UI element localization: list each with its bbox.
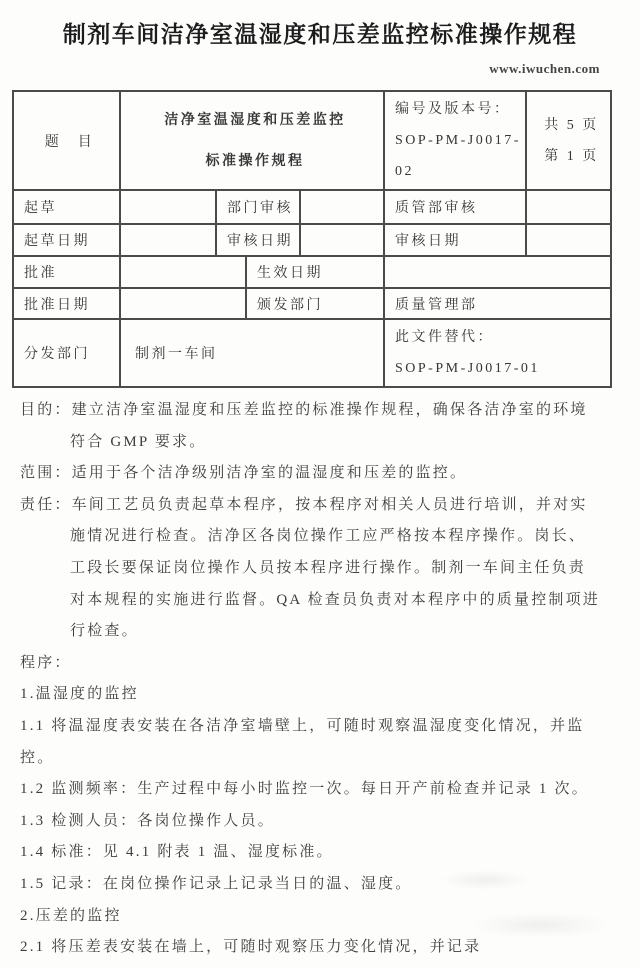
body-line-1-1: 1.1 将温湿度表安装在各洁净室墙壁上，可随时观察温湿度变化情况，并监 <box>20 711 640 743</box>
qc-review-value-cell <box>526 190 611 224</box>
body-line-procedure: 程序： <box>20 648 640 680</box>
body-line-2-1: 2.1 将压差表安装在墙上，可随时观察压力变化情况，并记录 <box>20 932 640 964</box>
distribution-label-cell: 分发部门 <box>13 319 120 387</box>
approver-label-cell: 批准 <box>13 256 120 288</box>
qc-review-date-value-cell <box>526 224 611 256</box>
doc-title-line2: 标准操作规程 <box>131 141 379 182</box>
page-title: 制剂车间洁净室温湿度和压差监控标准操作规程 <box>0 0 640 49</box>
body-line-1-3: 1.3 检测人员：各岗位操作人员。 <box>20 806 640 838</box>
doc-number-value: SOP-PM-J0017-02 <box>395 125 521 187</box>
draft-date-label-cell: 起草日期 <box>13 224 120 256</box>
pages-total: 共 5 页 <box>537 110 606 141</box>
replaces-value: SOP-PM-J0017-01 <box>395 353 606 384</box>
table-row: 题 目 洁净室温湿度和压差监控 标准操作规程 编号及版本号： SOP-PM-J0… <box>13 91 611 190</box>
drafter-label-cell: 起草 <box>13 190 120 224</box>
table-row: 批准日期 颁发部门 质量管理部 <box>13 288 611 319</box>
table-row: 起草日期 审核日期 审核日期 <box>13 224 611 256</box>
approve-date-value-cell <box>120 288 246 319</box>
body-line-scope: 范围：适用于各个洁净级别洁净室的温湿度和压差的监控。 <box>20 458 640 490</box>
doc-title-line1: 洁净室温湿度和压差监控 <box>131 100 379 141</box>
dept-review-label-cell: 部门审核 <box>216 190 300 224</box>
distribution-value-cell: 制剂一车间 <box>120 319 384 387</box>
doc-number-cell: 编号及版本号： SOP-PM-J0017-02 <box>384 91 526 190</box>
watermark-url: www.iwuchen.com <box>0 61 600 77</box>
draft-date-value-cell <box>120 224 216 256</box>
issue-dept-value-cell: 质量管理部 <box>384 288 611 319</box>
body-line: 行检查。 <box>20 616 640 648</box>
page-count-cell: 共 5 页 第 1 页 <box>526 91 611 190</box>
replaces-label: 此文件替代： <box>395 322 606 353</box>
body-line-responsibility: 责任：车间工艺员负责起草本程序，按本程序对相关人员进行培训，并对实 <box>20 490 640 522</box>
dept-review-value-cell <box>300 190 384 224</box>
sop-body-text: 目的：建立洁净室温湿度和压差监控的标准操作规程，确保各洁净室的环境 符合 GMP… <box>20 395 640 964</box>
page-current: 第 1 页 <box>537 141 606 172</box>
doc-title-cell: 洁净室温湿度和压差监控 标准操作规程 <box>120 91 384 190</box>
drafter-value-cell <box>120 190 216 224</box>
issue-dept-label-cell: 颁发部门 <box>246 288 384 319</box>
table-row: 分发部门 制剂一车间 此文件替代： SOP-PM-J0017-01 <box>13 319 611 387</box>
qc-review-date-label-cell: 审核日期 <box>384 224 526 256</box>
replaces-cell: 此文件替代： SOP-PM-J0017-01 <box>384 319 611 387</box>
effective-date-value-cell <box>384 256 611 288</box>
body-line-purpose: 目的：建立洁净室温湿度和压差监控的标准操作规程，确保各洁净室的环境 <box>20 395 640 427</box>
table-row: 批准 生效日期 <box>13 256 611 288</box>
body-line: 施情况进行检查。洁净区各岗位操作工应严格按本程序操作。岗长、 <box>20 521 640 553</box>
doc-info-table: 题 目 洁净室温湿度和压差监控 标准操作规程 编号及版本号： SOP-PM-J0… <box>12 90 612 388</box>
qc-review-label-cell: 质管部审核 <box>384 190 526 224</box>
body-line-section-2: 2.压差的监控 <box>20 901 640 933</box>
body-line-section-1: 1.温湿度的监控 <box>20 679 640 711</box>
approver-value-cell <box>120 256 246 288</box>
review-date-value-cell <box>300 224 384 256</box>
body-line-1-2: 1.2 监测频率：生产过程中每小时监控一次。每日开产前检查并记录 1 次。 <box>20 774 640 806</box>
body-line: 工段长要保证岗位操作人员按本程序进行操作。制剂一车间主任负责 <box>20 553 640 585</box>
doc-number-label: 编号及版本号： <box>395 94 521 125</box>
body-line-1-4: 1.4 标准：见 4.1 附表 1 温、湿度标准。 <box>20 837 640 869</box>
body-line-1-5: 1.5 记录：在岗位操作记录上记录当日的温、湿度。 <box>20 869 640 901</box>
body-line: 符合 GMP 要求。 <box>20 427 640 459</box>
approve-date-label-cell: 批准日期 <box>13 288 120 319</box>
subject-label-cell: 题 目 <box>13 91 120 190</box>
body-line: 控。 <box>20 743 640 775</box>
table-row: 起草 部门审核 质管部审核 <box>13 190 611 224</box>
effective-date-label-cell: 生效日期 <box>246 256 384 288</box>
document-page: 制剂车间洁净室温湿度和压差监控标准操作规程 www.iwuchen.com 题 … <box>0 0 640 968</box>
body-line: 对本规程的实施进行监督。QA 检查员负责对本程序中的质量控制项进 <box>20 585 640 617</box>
review-date-label-cell: 审核日期 <box>216 224 300 256</box>
